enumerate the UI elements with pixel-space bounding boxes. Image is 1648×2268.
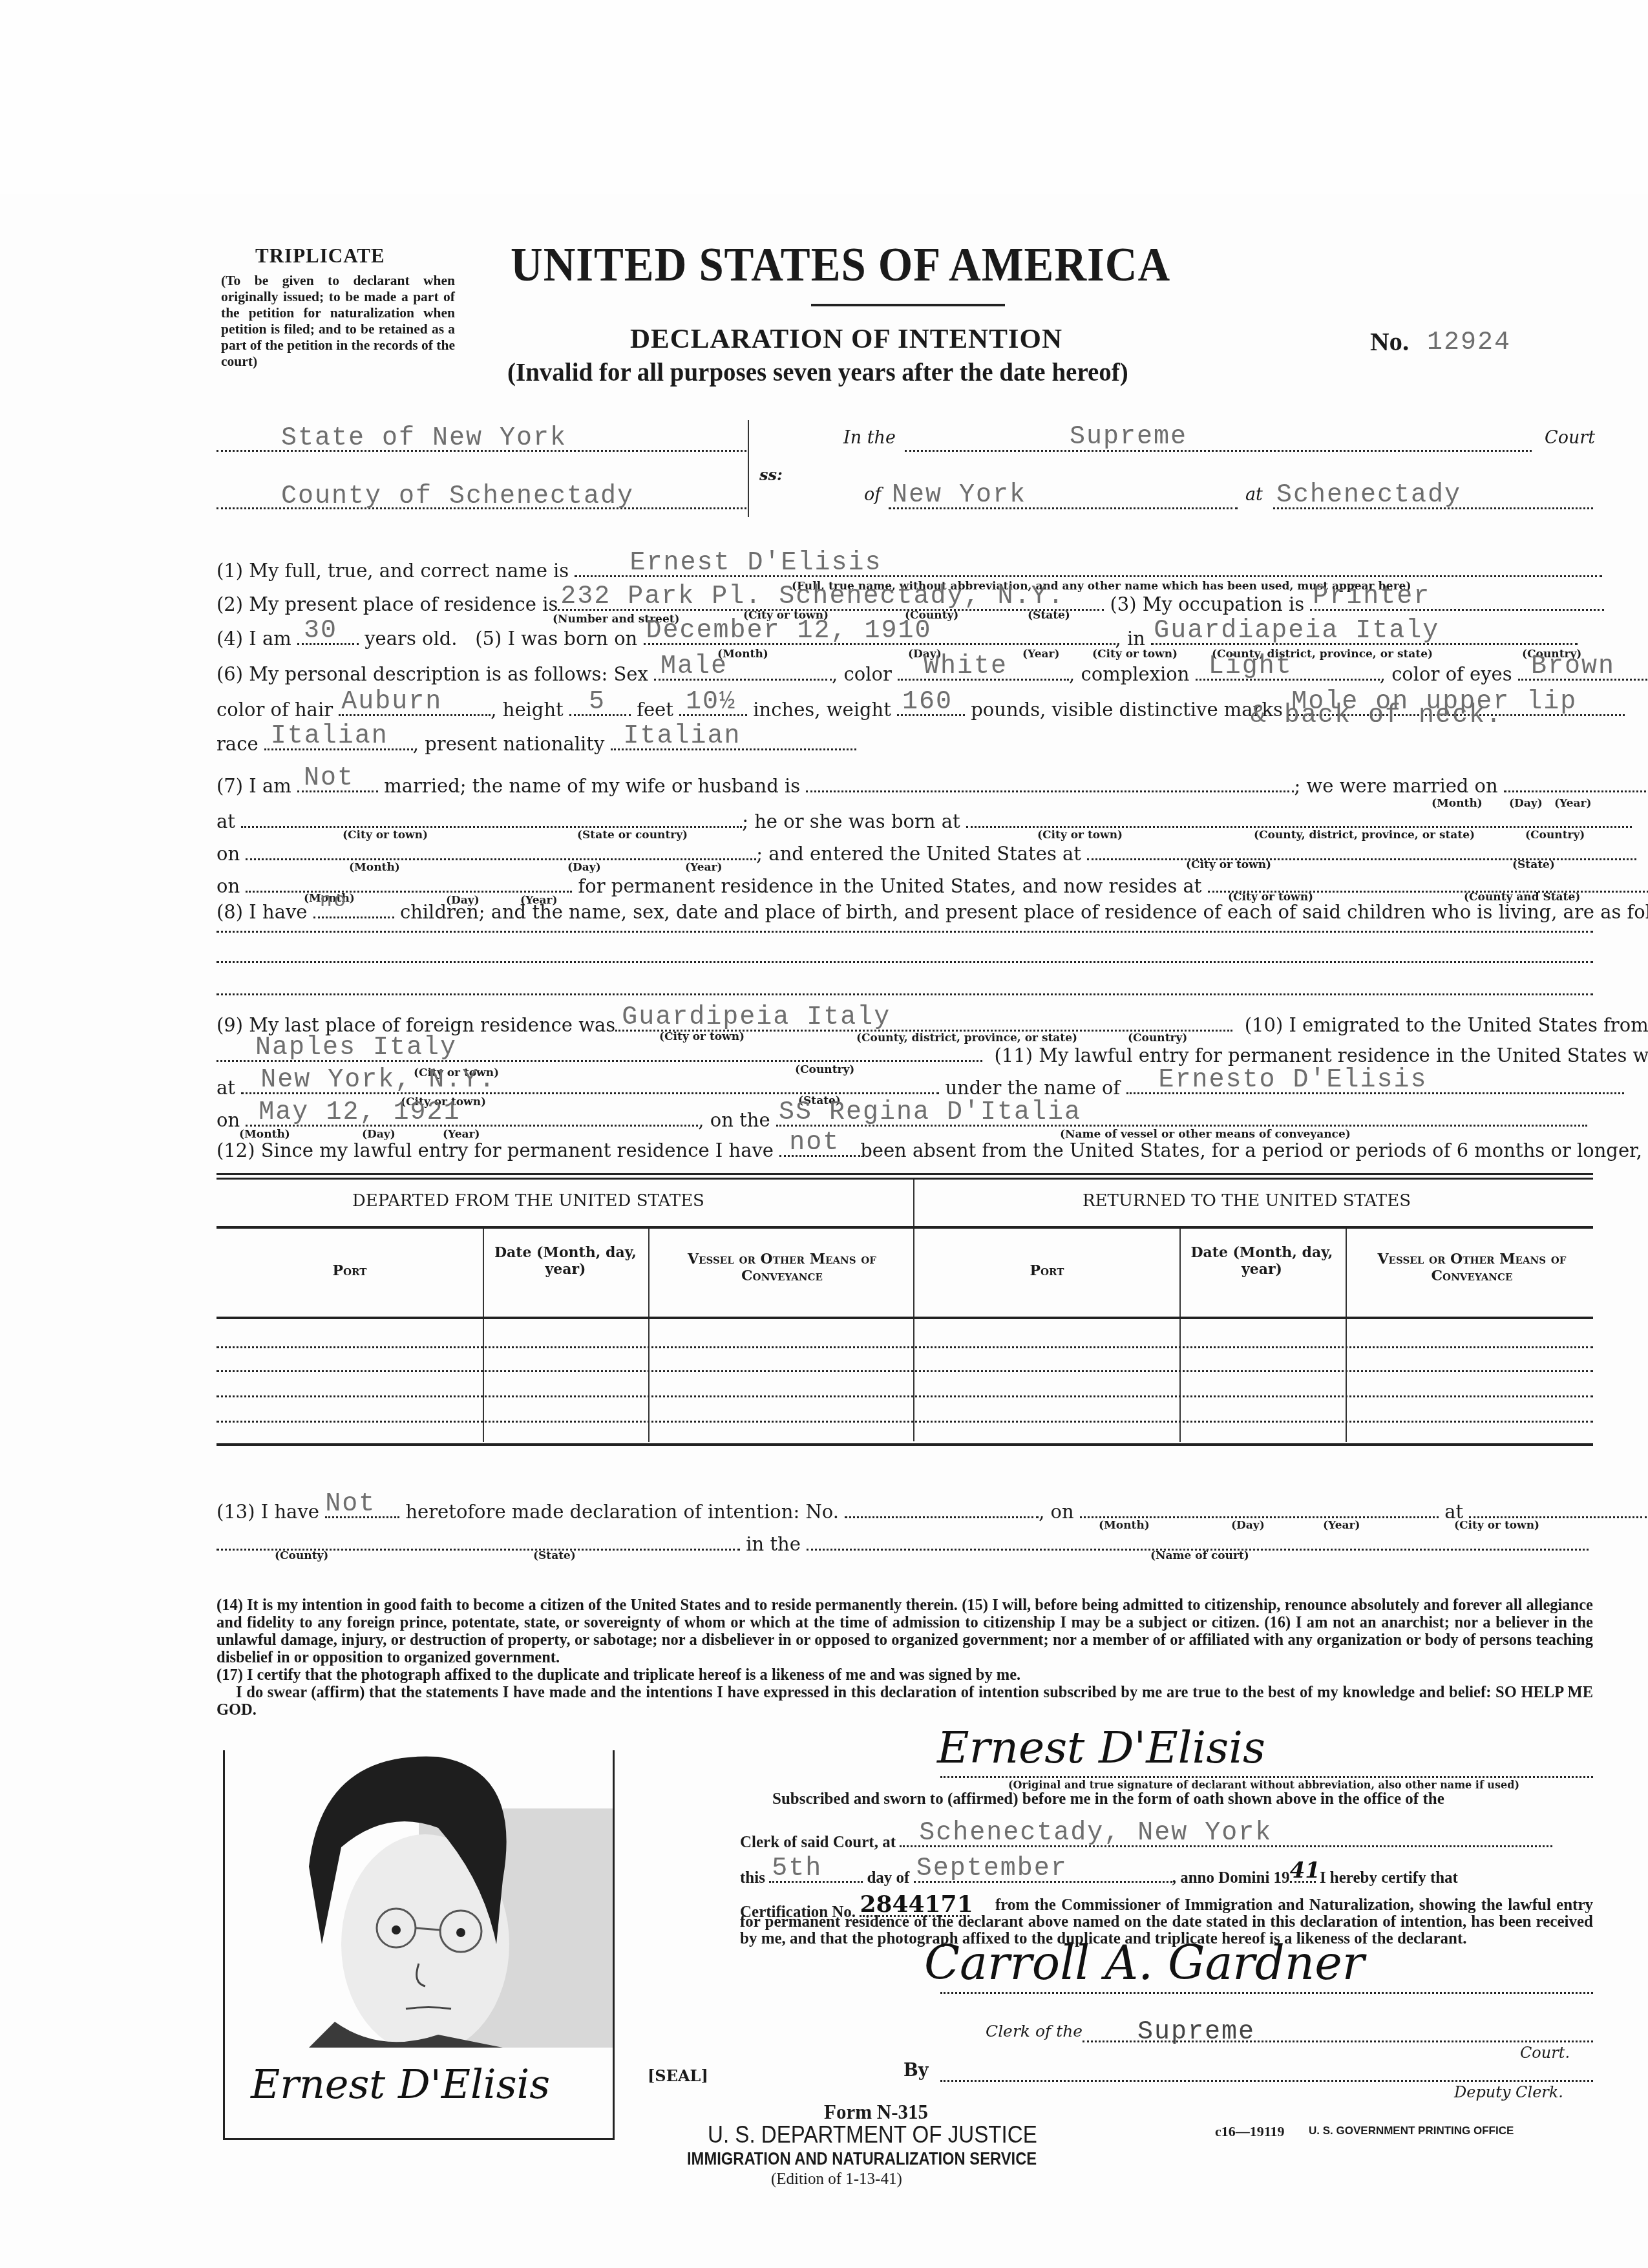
marks-field-continued: & back of neck. (1251, 701, 1503, 730)
q5-caption-city: (City or town) (1092, 648, 1178, 661)
court-label: Court (1545, 428, 1595, 448)
col-header-date-departed: Date (Month, day, year) (491, 1244, 640, 1278)
married-on-label: ; we were married on (1294, 775, 1497, 797)
venue-brace (748, 420, 749, 517)
at-city-field: Schenectady (1276, 481, 1461, 510)
q11-on-label: on (217, 1109, 240, 1131)
q10-label: (10) I emigrated to the United States fr… (1245, 1014, 1648, 1036)
table-row[interactable] (217, 1421, 1593, 1423)
ss-label: ss: (759, 465, 783, 484)
photo-certification-text: (17) I certify that the photograph affix… (217, 1666, 1020, 1684)
q13-court-row: in the (217, 1529, 1593, 1568)
clerk-at-label: Clerk of said Court, at (740, 1834, 896, 1851)
q11-name-label: under the name of (945, 1077, 1120, 1099)
q2-label: (2) My present place of residence is (217, 593, 558, 615)
entry-vessel-field: SS Regina D'Italia (779, 1098, 1081, 1127)
children-line-2[interactable] (217, 961, 1593, 963)
q7-label: (7) I am (217, 775, 291, 797)
validity-note: (Invalid for all purposes seven years af… (507, 358, 1128, 387)
birth-date-field: December 12, 1910 (646, 617, 932, 646)
children-line-1[interactable] (217, 931, 1593, 933)
complexion-field: Light (1209, 652, 1293, 681)
country-title: UNITED STATES OF AMERICA (511, 238, 1170, 293)
marks-label: pounds, visible distinctive marks (971, 699, 1283, 721)
table-row[interactable] (217, 1370, 1593, 1372)
weight-field: 160 (902, 688, 953, 717)
q13-on-label: , on (1039, 1501, 1074, 1523)
clerk-at-field: Schenectady, New York (919, 1819, 1272, 1848)
complexion-label: complexion (1081, 663, 1190, 685)
prior-declaration-field: Not (325, 1490, 375, 1519)
emigrated-from-field: Naples Italy (255, 1033, 457, 1063)
q12-text: been absent from the United States, for … (860, 1139, 1648, 1161)
signature-line (940, 1776, 1593, 1778)
service-name: IMMIGRATION AND NATURALIZATION SERVICE (687, 2149, 1037, 2169)
children-count-field: no (320, 889, 347, 913)
q5-caption-year: (Year) (1022, 648, 1060, 661)
race-label: race (217, 733, 259, 755)
department-name: U. S. DEPARTMENT OF JUSTICE (708, 2121, 1037, 2148)
children-line-3[interactable] (217, 993, 1593, 995)
entry-port-field: New York, N.Y. (260, 1066, 496, 1095)
nationality-field: Italian (624, 722, 741, 751)
hair-label: color of hair (217, 699, 333, 721)
clerk-of-court-field: Supreme (1137, 2018, 1255, 2047)
q5-label: (5) I was born on (475, 628, 637, 650)
color-field: White (924, 652, 1008, 681)
height-label: height (503, 699, 564, 721)
jurat-line1: Subscribed and sworn to (affirmed) befor… (772, 1790, 1444, 1808)
q6-label: (6) My personal description is as follow… (217, 663, 648, 685)
oath-text: (14) It is my intention in good faith to… (217, 1596, 1593, 1666)
edition-note: (Edition of 1-13-41) (771, 2170, 902, 2189)
height-inches-field: 10½ (686, 688, 736, 717)
q3-label: (3) My occupation is (1110, 593, 1305, 615)
number-label: No. (1370, 326, 1409, 357)
form-title: DECLARATION OF INTENTION (630, 323, 1062, 355)
q13-in-the-label: in the (746, 1533, 801, 1555)
nationality-label: present nationality (425, 733, 604, 755)
declaration-number: 12924 (1427, 328, 1511, 357)
oath-paragraph: (14) It is my intention in good faith to… (217, 1596, 1593, 1719)
clerk-signature: Carroll A. Gardner (924, 1936, 1364, 1990)
q7-on2-label: on (217, 875, 240, 897)
deputy-clerk-label: Deputy Clerk. (1454, 2083, 1563, 2101)
residence-field: 232 Park Pl. Schenectady, N.Y. (560, 582, 1064, 611)
jurat-year-field: 41 (1290, 1858, 1320, 1883)
copy-instructions: (To be given to declarant when originall… (221, 273, 455, 370)
weight-label: inches, weight (753, 699, 891, 721)
deputy-clerk-line[interactable] (940, 2080, 1593, 2082)
printer-name: U. S. GOVERNMENT PRINTING OFFICE (1309, 2125, 1514, 2137)
venue-state-field: State of New York (281, 424, 567, 453)
entry-name-field: Ernesto D'Elisis (1159, 1066, 1428, 1095)
absent-status-field: not (789, 1129, 840, 1158)
q7-born-label: ; he or she was born at (742, 811, 960, 832)
feet-label: feet (637, 699, 673, 721)
eyes-label: color of eyes (1391, 663, 1512, 685)
q12-label: (12) Since my lawful entry for permanent… (217, 1139, 774, 1161)
occupation-field: Printer (1313, 582, 1430, 611)
eyes-field: Brown (1531, 652, 1615, 681)
clerk-signature-line (940, 1992, 1593, 1994)
q11-at-label: at (217, 1077, 235, 1099)
q7-permanent-label: for permanent residence in the United St… (578, 875, 1202, 897)
by-label: By (903, 2061, 929, 2081)
this-label: this (740, 1869, 765, 1887)
q2-caption-state: (State) (1028, 609, 1070, 622)
q1-label: (1) My full, true, and correct name is (217, 560, 569, 582)
q13-caption-state: (State) (533, 1549, 576, 1562)
court-name-field: Supreme (1070, 423, 1187, 452)
q9-label: (9) My last place of foreign residence w… (217, 1014, 615, 1036)
race-row: race Italian, present nationality Italia… (217, 729, 1593, 768)
q13-caption-county: (County) (275, 1549, 328, 1562)
court-suffix-label: Court. (1520, 2044, 1570, 2062)
col-header-port-departed: Port (217, 1262, 483, 1279)
birth-place-field: Guardiapeia Italy (1154, 617, 1439, 646)
q13-label: (13) I have (217, 1501, 319, 1523)
color-label: color (844, 663, 892, 685)
certify-label: I hereby certify that (1320, 1869, 1458, 1887)
race-field: Italian (271, 722, 388, 751)
day-of-label: day of (867, 1869, 909, 1887)
q7-text: married; the name of my wife or husband … (384, 775, 800, 797)
table-row[interactable] (217, 1346, 1593, 1348)
form-number: Form N-315 (824, 2101, 928, 2124)
q11-vessel-label: , on the (698, 1109, 770, 1131)
in-the-label: In the (843, 428, 896, 448)
q11-label: (11) My lawful entry for permanent resid… (994, 1044, 1648, 1066)
q4-label: (4) I am (217, 628, 291, 650)
venue-county-field: County of Schenectady (281, 482, 634, 511)
declarant-signature: Ernest D'Elisis (937, 1722, 1265, 1774)
full-name-field: Ernest D'Elisis (629, 549, 882, 578)
q7-at-label: at (217, 811, 235, 832)
q7-caption-entered-city: (City or town) (1186, 858, 1271, 871)
of-label: of (864, 485, 881, 505)
photo-signature: Ernest D'Elisis (251, 2061, 550, 2108)
copy-label: TRIPLICATE (255, 244, 385, 268)
q4-suffix: years old. (364, 628, 457, 650)
venue-block: State of New York County of Schenectady … (217, 420, 1593, 517)
hair-field: Auburn (341, 688, 442, 717)
col-header-vessel-returned: Vessel or Other Means of Conveyance (1351, 1251, 1593, 1284)
height-feet-field: 5 (589, 688, 606, 717)
title-divider (811, 304, 1005, 306)
swear-text: I do swear (affirm) that the statements … (217, 1684, 1593, 1719)
declarant-photo-frame: Ernest D'Elisis (223, 1750, 615, 2140)
q5-in-label: in (1127, 628, 1145, 650)
anno-label: , anno Domini 19 (1172, 1869, 1290, 1887)
of-state-field: New York (892, 481, 1026, 510)
declarant-portrait-photo (225, 1750, 613, 2048)
sex-field: Male (660, 652, 728, 681)
blank-scan-margin (0, 0, 1648, 194)
print-code: c16—19119 (1215, 2123, 1285, 2140)
col-header-vessel-departed: Vessel or Other Means of Conveyance (656, 1251, 908, 1284)
seal-label: [SEAL] (648, 2066, 708, 2085)
col-header-port-returned: Port (914, 1262, 1179, 1279)
q8-row: (8) I have no children; and the name, se… (217, 897, 1593, 936)
married-status-field: Not (304, 764, 354, 793)
q7-row: (7) I am Not married; the name of my wif… (217, 771, 1593, 810)
entry-date-field: May 12, 1921 (259, 1098, 460, 1127)
q13-caption-court: (Name of court) (1150, 1549, 1249, 1562)
jurat-month-field: September (916, 1854, 1068, 1883)
col-header-date-returned: Date (Month, day, year) (1186, 1244, 1338, 1278)
returned-header: RETURNED TO THE UNITED STATES (1083, 1191, 1411, 1211)
age-field: 30 (304, 617, 337, 646)
last-foreign-residence-field: Guardipeia Italy (622, 1003, 891, 1032)
q8-label: (8) I have (217, 901, 307, 923)
q7-entered-label: ; and entered the United States at (756, 843, 1081, 865)
at-label: at (1245, 485, 1263, 505)
q7-on-label: on (217, 843, 240, 865)
clerk-of-label: Clerk of the (986, 2022, 1083, 2040)
q12-row: (12) Since my lawful entry for permanent… (217, 1136, 1593, 1174)
q8-text: children; and the name, sex, date and pl… (400, 901, 1648, 923)
signature-caption: (Original and true signature of declaran… (1008, 1779, 1519, 1791)
jurat-day-field: 5th (772, 1854, 822, 1883)
table-row[interactable] (217, 1395, 1593, 1397)
q7-caption-entered-state: (State) (1512, 858, 1555, 871)
departed-header: DEPARTED FROM THE UNITED STATES (352, 1191, 704, 1211)
q13-text: heretofore made declaration of intention… (405, 1501, 839, 1523)
absence-table: DEPARTED FROM THE UNITED STATES RETURNED… (217, 1173, 1593, 1448)
